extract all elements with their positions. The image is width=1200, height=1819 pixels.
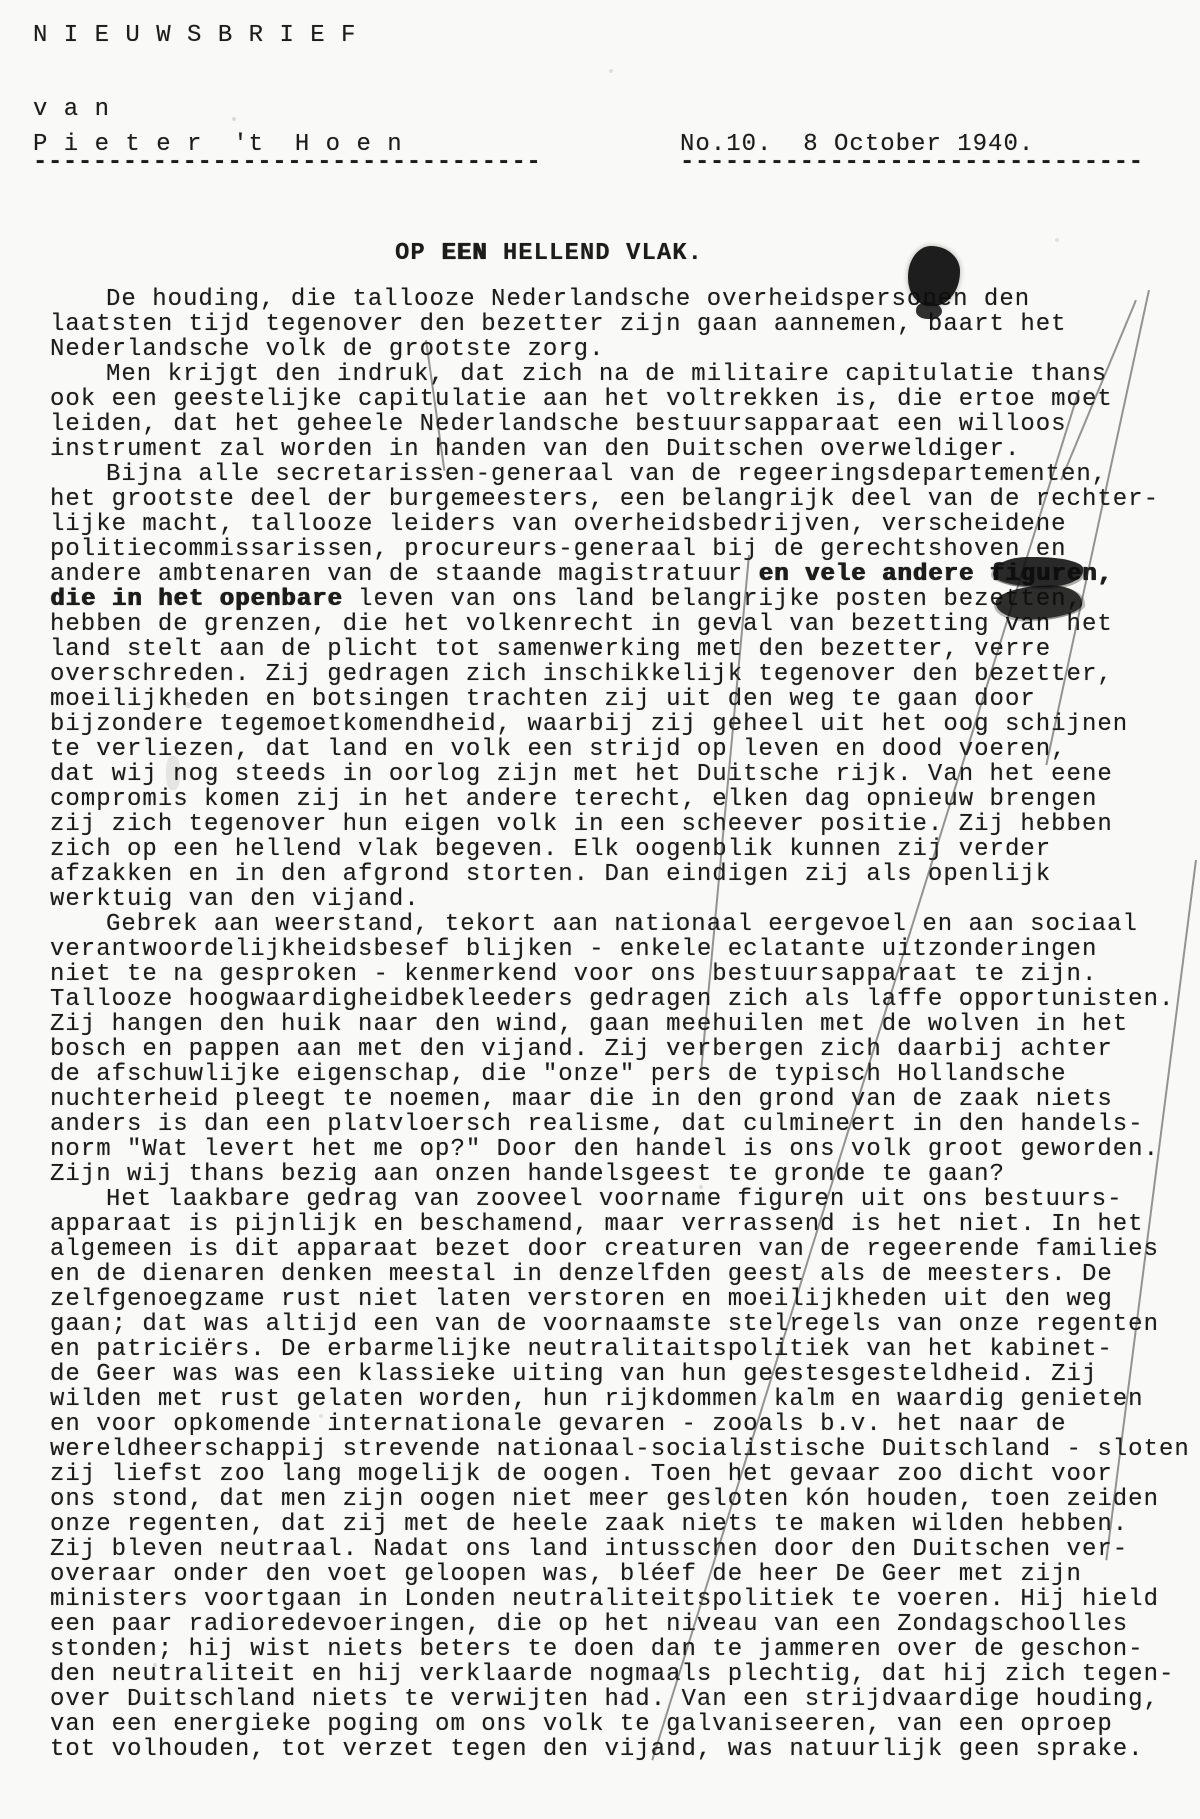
text-line: tot volhouden, tot verzet tegen den vija… [50,1737,1200,1762]
newsletter-masthead: N I E U W S B R I E F [33,22,356,49]
text-line: politiecommissarissen, procureurs-genera… [50,537,1200,562]
text-segment: leven van ons land belangrijke posten be… [343,586,1082,613]
text-line: werktuig van den vijand. [50,887,1200,912]
text-line: hebben de grenzen, die het volkenrecht i… [50,612,1200,637]
text-line: Nederlandsche volk de grootste zorg. [50,337,1200,362]
paper-speckles [0,0,2,2]
text-line: Zij bleven neutraal. Nadat ons land intu… [50,1537,1200,1562]
text-line: lijke macht, tallooze leiders van overhe… [50,512,1200,537]
text-line: Het laakbare gedrag van zooveel voorname… [50,1187,1200,1212]
text-line: algemeen is dit apparaat bezet door crea… [50,1237,1200,1262]
text-line: overaar onder den voet geloopen was, blé… [50,1562,1200,1587]
text-line: Gebrek aan weerstand, tekort aan nationa… [50,912,1200,937]
text-line: wereldheerschappij strevende nationaal-s… [50,1437,1200,1462]
author-underline: ---------------------------------- [33,149,541,176]
text-line: nuchterheid pleegt te noemen, maar die i… [50,1087,1200,1112]
text-line: en patriciërs. De erbarmelijke neutralit… [50,1337,1200,1362]
masthead-van: v a n [33,96,110,123]
text-segment: OP [395,240,441,267]
text-line: wilden met rust gelaten worden, hun rijk… [50,1387,1200,1412]
text-line: verantwoordelijkheidsbesef blijken - enk… [50,937,1200,962]
paragraph: Het laakbare gedrag van zooveel voorname… [50,1187,1200,1762]
text-line: onze regenten, dat zij met de heele zaak… [50,1512,1200,1537]
paragraph: Men krijgt den indruk, dat zich na de mi… [50,362,1200,462]
document-title: OP EEN HELLEND VLAK. [395,241,703,266]
text-line: zij zich tegenover hun eigen volk in een… [50,812,1200,837]
text-line: gaan; dat was altijd een van de voornaam… [50,1312,1200,1337]
text-line: land stelt aan de plicht tot samenwerkin… [50,637,1200,662]
paragraph: Gebrek aan weerstand, tekort aan nationa… [50,912,1200,1187]
overstruck-text: EEN [441,240,487,267]
text-line: moeilijkheden en botsingen trachten zij … [50,687,1200,712]
text-line: ministers voortgaan in Londen neutralite… [50,1587,1200,1612]
text-line: niet te na gesproken - kenmerkend voor o… [50,962,1200,987]
text-line: zich op een hellend vlak begeven. Elk oo… [50,837,1200,862]
text-line: bosch en pappen aan met den vijand. Zij … [50,1037,1200,1062]
text-line: het grootste deel der burgemeesters, een… [50,487,1200,512]
text-line: overschreden. Zij gedragen zich inschikk… [50,662,1200,687]
text-line: afzakken en in den afgrond storten. Dan … [50,862,1200,887]
text-line: een paar radioredevoeringen, die op het … [50,1612,1200,1637]
issue-underline: ------------------------------- [680,149,1144,176]
text-line: anders is dan een platvloersch realisme,… [50,1112,1200,1137]
text-line: compromis komen zij in het andere terech… [50,787,1200,812]
text-line: Zij hangen den huik naar den wind, gaan … [50,1012,1200,1037]
text-line: Men krijgt den indruk, dat zich na de mi… [50,362,1200,387]
text-line: De houding, die tallooze Nederlandsche o… [50,287,1200,312]
text-line: Zijn wij thans bezig aan onzen handelsge… [50,1162,1200,1187]
text-line: ons stond, dat men zijn oogen niet meer … [50,1487,1200,1512]
text-line: te verliezen, dat land en volk een strij… [50,737,1200,762]
document-body: De houding, die tallooze Nederlandsche o… [50,287,1200,1762]
text-line: van een energieke poging om ons volk te … [50,1712,1200,1737]
text-line: den neutraliteit en hij verklaarde nogma… [50,1662,1200,1687]
text-line: andere ambtenaren van de staande magistr… [50,562,1200,587]
text-line: bijzondere tegemoetkomendheid, waarbij z… [50,712,1200,737]
paragraph: Bijna alle secretarissen-generaal van de… [50,462,1200,912]
text-line: Bijna alle secretarissen-generaal van de… [50,462,1200,487]
text-line: de Geer was was een klassieke uiting van… [50,1362,1200,1387]
text-line: stonden; hij wist niets beters te doen d… [50,1637,1200,1662]
text-line: apparaat is pijnlijk en beschamend, maar… [50,1212,1200,1237]
document-page: N I E U W S B R I E F v a n P i e t e r … [0,0,1200,1819]
text-line: dat wij nog steeds in oorlog zijn met he… [50,762,1200,787]
text-segment: andere ambtenaren van de staande magistr… [50,561,759,588]
overstruck-text: die in het openbare [50,586,343,613]
text-line: zij liefst zoo lang mogelijk de oogen. T… [50,1462,1200,1487]
text-line: en de dienaren denken meestal in denzelf… [50,1262,1200,1287]
text-line: instrument zal worden in handen van den … [50,437,1200,462]
text-line: de afschuwlijke eigenschap, die "onze" p… [50,1062,1200,1087]
text-line: zelfgenoegzame rust niet laten verstoren… [50,1287,1200,1312]
text-line: Tallooze hoogwaardigheidbekleeders gedra… [50,987,1200,1012]
text-line: en voor opkomende internationale gevaren… [50,1412,1200,1437]
text-line: leiden, dat het geheele Nederlandsche be… [50,412,1200,437]
text-segment: HELLEND VLAK. [487,240,703,267]
text-line: ook een geestelijke capitulatie aan het … [50,387,1200,412]
text-line: norm "Wat levert het me op?" Door den ha… [50,1137,1200,1162]
text-line: over Duitschland niets te verwijten had.… [50,1687,1200,1712]
text-line: die in het openbare leven van ons land b… [50,587,1200,612]
paragraph: De houding, die tallooze Nederlandsche o… [50,287,1200,362]
text-line: laatsten tijd tegenover den bezetter zij… [50,312,1200,337]
overstruck-text: en vele andere figuren, [759,561,1113,588]
